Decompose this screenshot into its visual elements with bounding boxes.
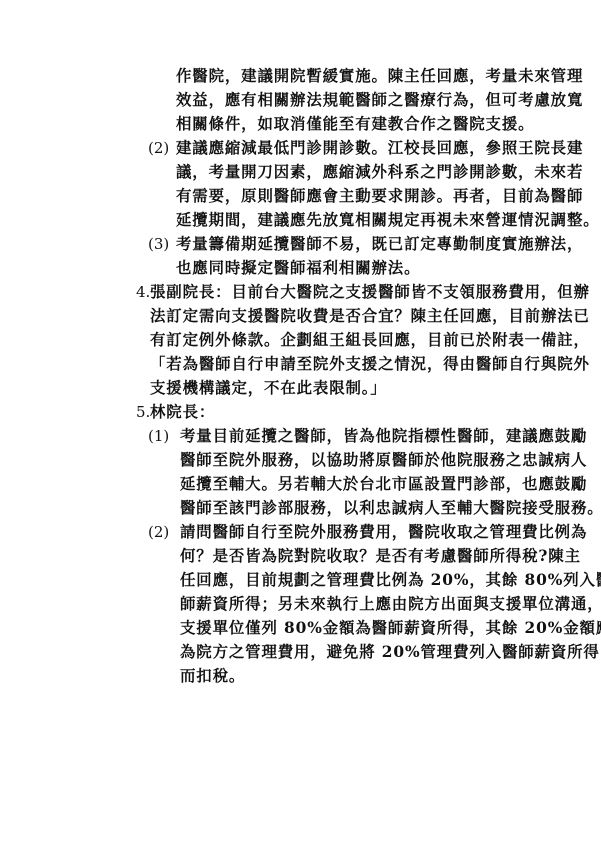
paragraph-line: 支援機構議定，不在此表限制。」 [150,378,387,398]
list-marker: 5. [136,402,150,422]
paragraph-line: 也應同時擬定醫師福利相關辦法。 [176,258,420,278]
paragraph-line: 法訂定需向支援醫院收費是否合宜？陳主任回應，目前辦法已 [150,306,590,326]
paragraph-line: 林院長： [150,402,215,422]
paragraph-line: 為院方之管理費用，避免將 20%管理費列入醫師薪資所得 [180,642,600,662]
list-marker: (1) [148,426,169,446]
paragraph-line: 有需要，原則醫師應會主動要求開診。再者，目前為醫師 [176,186,583,206]
paragraph-line: 建議應縮減最低門診開診數。江校長回應，參照王院長建 [176,138,583,158]
paragraph-line: 張副院長：目前台大醫院之支援醫師皆不支領服務費用，但辦 [150,282,590,302]
document-page: 作醫院，建議開院暫緩實施。陳主任回應，考量未來管理 效益，應有相關辦法規範醫師之… [0,0,601,850]
paragraph-line: 有訂定例外條款。企劃組王組長回應，目前已於附表一備註， [150,330,590,350]
paragraph-line: 「若為醫師自行申請至院外支援之情況，得由醫師自行與院外 [150,354,590,374]
paragraph-line: 效益，應有相關辦法規範醫師之醫療行為，但可考慮放寬 [176,90,583,110]
list-marker: 4. [136,282,150,302]
paragraph-line: 何？是否皆為院對院收取？是否有考慮醫師所得稅?陳主 [180,546,581,566]
paragraph-line: 相關條件，如取消僅能至有建教合作之醫院支援。 [176,114,534,134]
list-marker: (2) [148,138,169,158]
paragraph-line: 作醫院，建議開院暫緩實施。陳主任回應，考量未來管理 [176,66,583,86]
paragraph-line: 考量目前延攬之醫師，皆為他院指標性醫師，建議應鼓勵 [180,426,587,446]
list-marker: (2) [148,522,169,542]
paragraph-line: 延攬期間，建議應先放寬相關規定再視未來營運情況調整。 [176,210,600,230]
paragraph-line: 支援單位僅列 80%金額為醫師薪資所得，其餘 20%金額應 [180,618,601,638]
paragraph-line: 醫師至院外服務，以協助將原醫師於他院服務之忠誠病人 [180,450,587,470]
paragraph-line: 師薪資所得；另未來執行上應由院方出面與支援單位溝通， [180,594,601,614]
paragraph-line: 醫師至該門診部服務，以利忠誠病人至輔大醫院接受服務。 [180,498,601,518]
paragraph-line: 考量籌備期延攬醫師不易，既已訂定專勤制度實施辦法， [176,234,583,254]
paragraph-line: 而扣稅。 [180,666,245,686]
list-marker: (3) [148,234,169,254]
paragraph-line: 任回應，目前規劃之管理費比例為 20%，其餘 80%列入醫 [180,570,601,590]
paragraph-line: 延攬至輔大。另若輔大於台北市區設置門診部，也應鼓勵 [180,474,587,494]
paragraph-line: 議，考量開刀因素，應縮減外科系之門診開診數，未來若 [176,162,583,182]
paragraph-line: 請問醫師自行至院外服務費用，醫院收取之管理費比例為 [180,522,587,542]
